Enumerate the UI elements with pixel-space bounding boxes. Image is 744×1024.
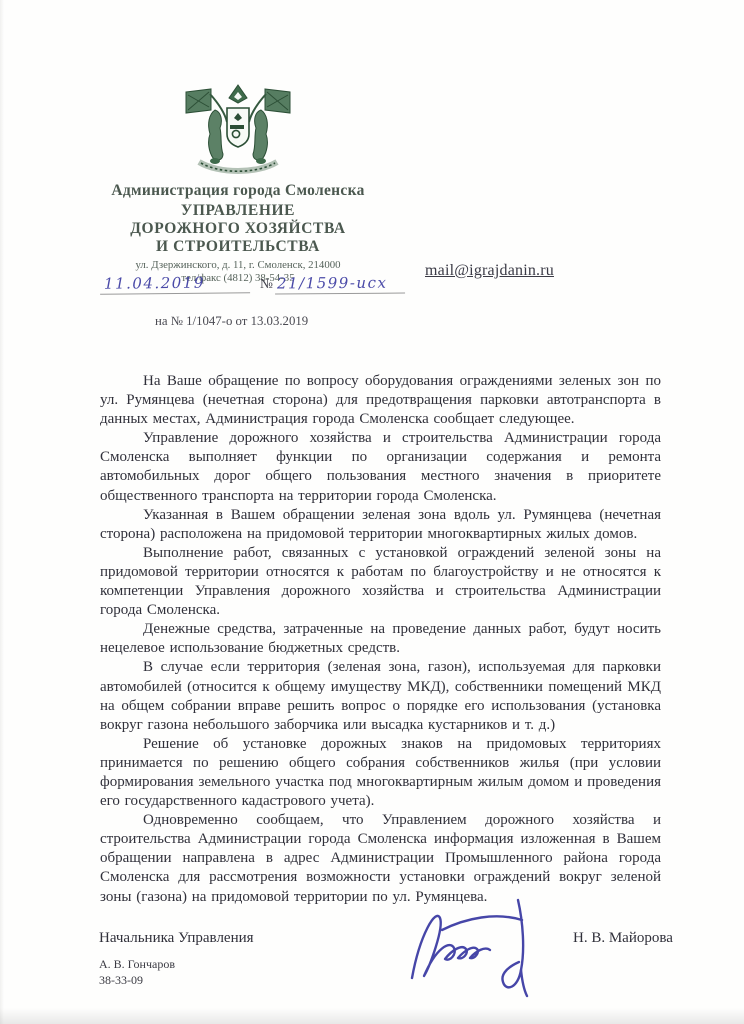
paragraph: В случае если территория (зеленая зона, … <box>100 658 661 734</box>
scan-bottom-shadow <box>0 1008 744 1024</box>
paragraph: На Ваше обращение по вопросу оборудовани… <box>100 372 661 429</box>
handwritten-number: 21/1599-исх <box>277 274 388 293</box>
org-name-line2: УПРАВЛЕНИЕ <box>55 202 421 220</box>
paragraph: Управление дорожного хозяйства и строите… <box>100 429 661 505</box>
org-name-line4: И СТРОИТЕЛЬСТВА <box>55 238 421 256</box>
executor-name: А. В. Гончаров <box>99 956 175 972</box>
recipient-email: mail@igrajdanin.ru <box>425 262 554 280</box>
scanned-letter-page: Администрация города Смоленска УПРАВЛЕНИ… <box>0 0 744 1024</box>
reply-to-reference: на № 1/1047-о от 13.03.2019 <box>155 314 308 329</box>
letter-body: На Ваше обращение по вопросу оборудовани… <box>100 372 661 907</box>
paragraph: Решение об установке дорожных знаков на … <box>100 735 661 811</box>
org-name-line1: Администрация города Смоленска <box>55 182 421 200</box>
paragraph: Одновременно сообщаем, что Управлением д… <box>100 811 661 906</box>
handwritten-signature-icon <box>406 892 556 1000</box>
scan-edge-shadow <box>0 0 4 1024</box>
paragraph: Выполнение работ, связанных с установкой… <box>100 544 661 620</box>
paragraph: Указанная в Вашем обращении зеленая зона… <box>100 506 661 544</box>
letterhead: Администрация города Смоленска УПРАВЛЕНИ… <box>55 84 421 284</box>
handwritten-date: 11.04.2019 <box>104 274 205 293</box>
org-address: ул. Дзержинского, д. 11, г. Смоленск, 21… <box>55 259 421 272</box>
signer-position-title: Начальника Управления <box>99 930 254 947</box>
smolensk-coat-of-arms-icon <box>177 84 299 174</box>
paragraph: Денежные средства, затраченные на провед… <box>100 620 661 658</box>
number-sign: № <box>260 276 273 292</box>
reference-row: 11.04.2019№21/1599-исх <box>100 272 660 304</box>
executor-block: А. В. Гончаров 38-33-09 <box>99 956 175 988</box>
signer-name: Н. В. Майорова <box>573 930 673 947</box>
outgoing-date-field: 11.04.2019 <box>100 271 250 295</box>
org-name-line3: ДОРОЖНОГО ХОЗЯЙСТВА <box>55 220 421 238</box>
outgoing-number-field: 21/1599-исх <box>275 272 405 295</box>
executor-phone: 38-33-09 <box>99 972 175 988</box>
